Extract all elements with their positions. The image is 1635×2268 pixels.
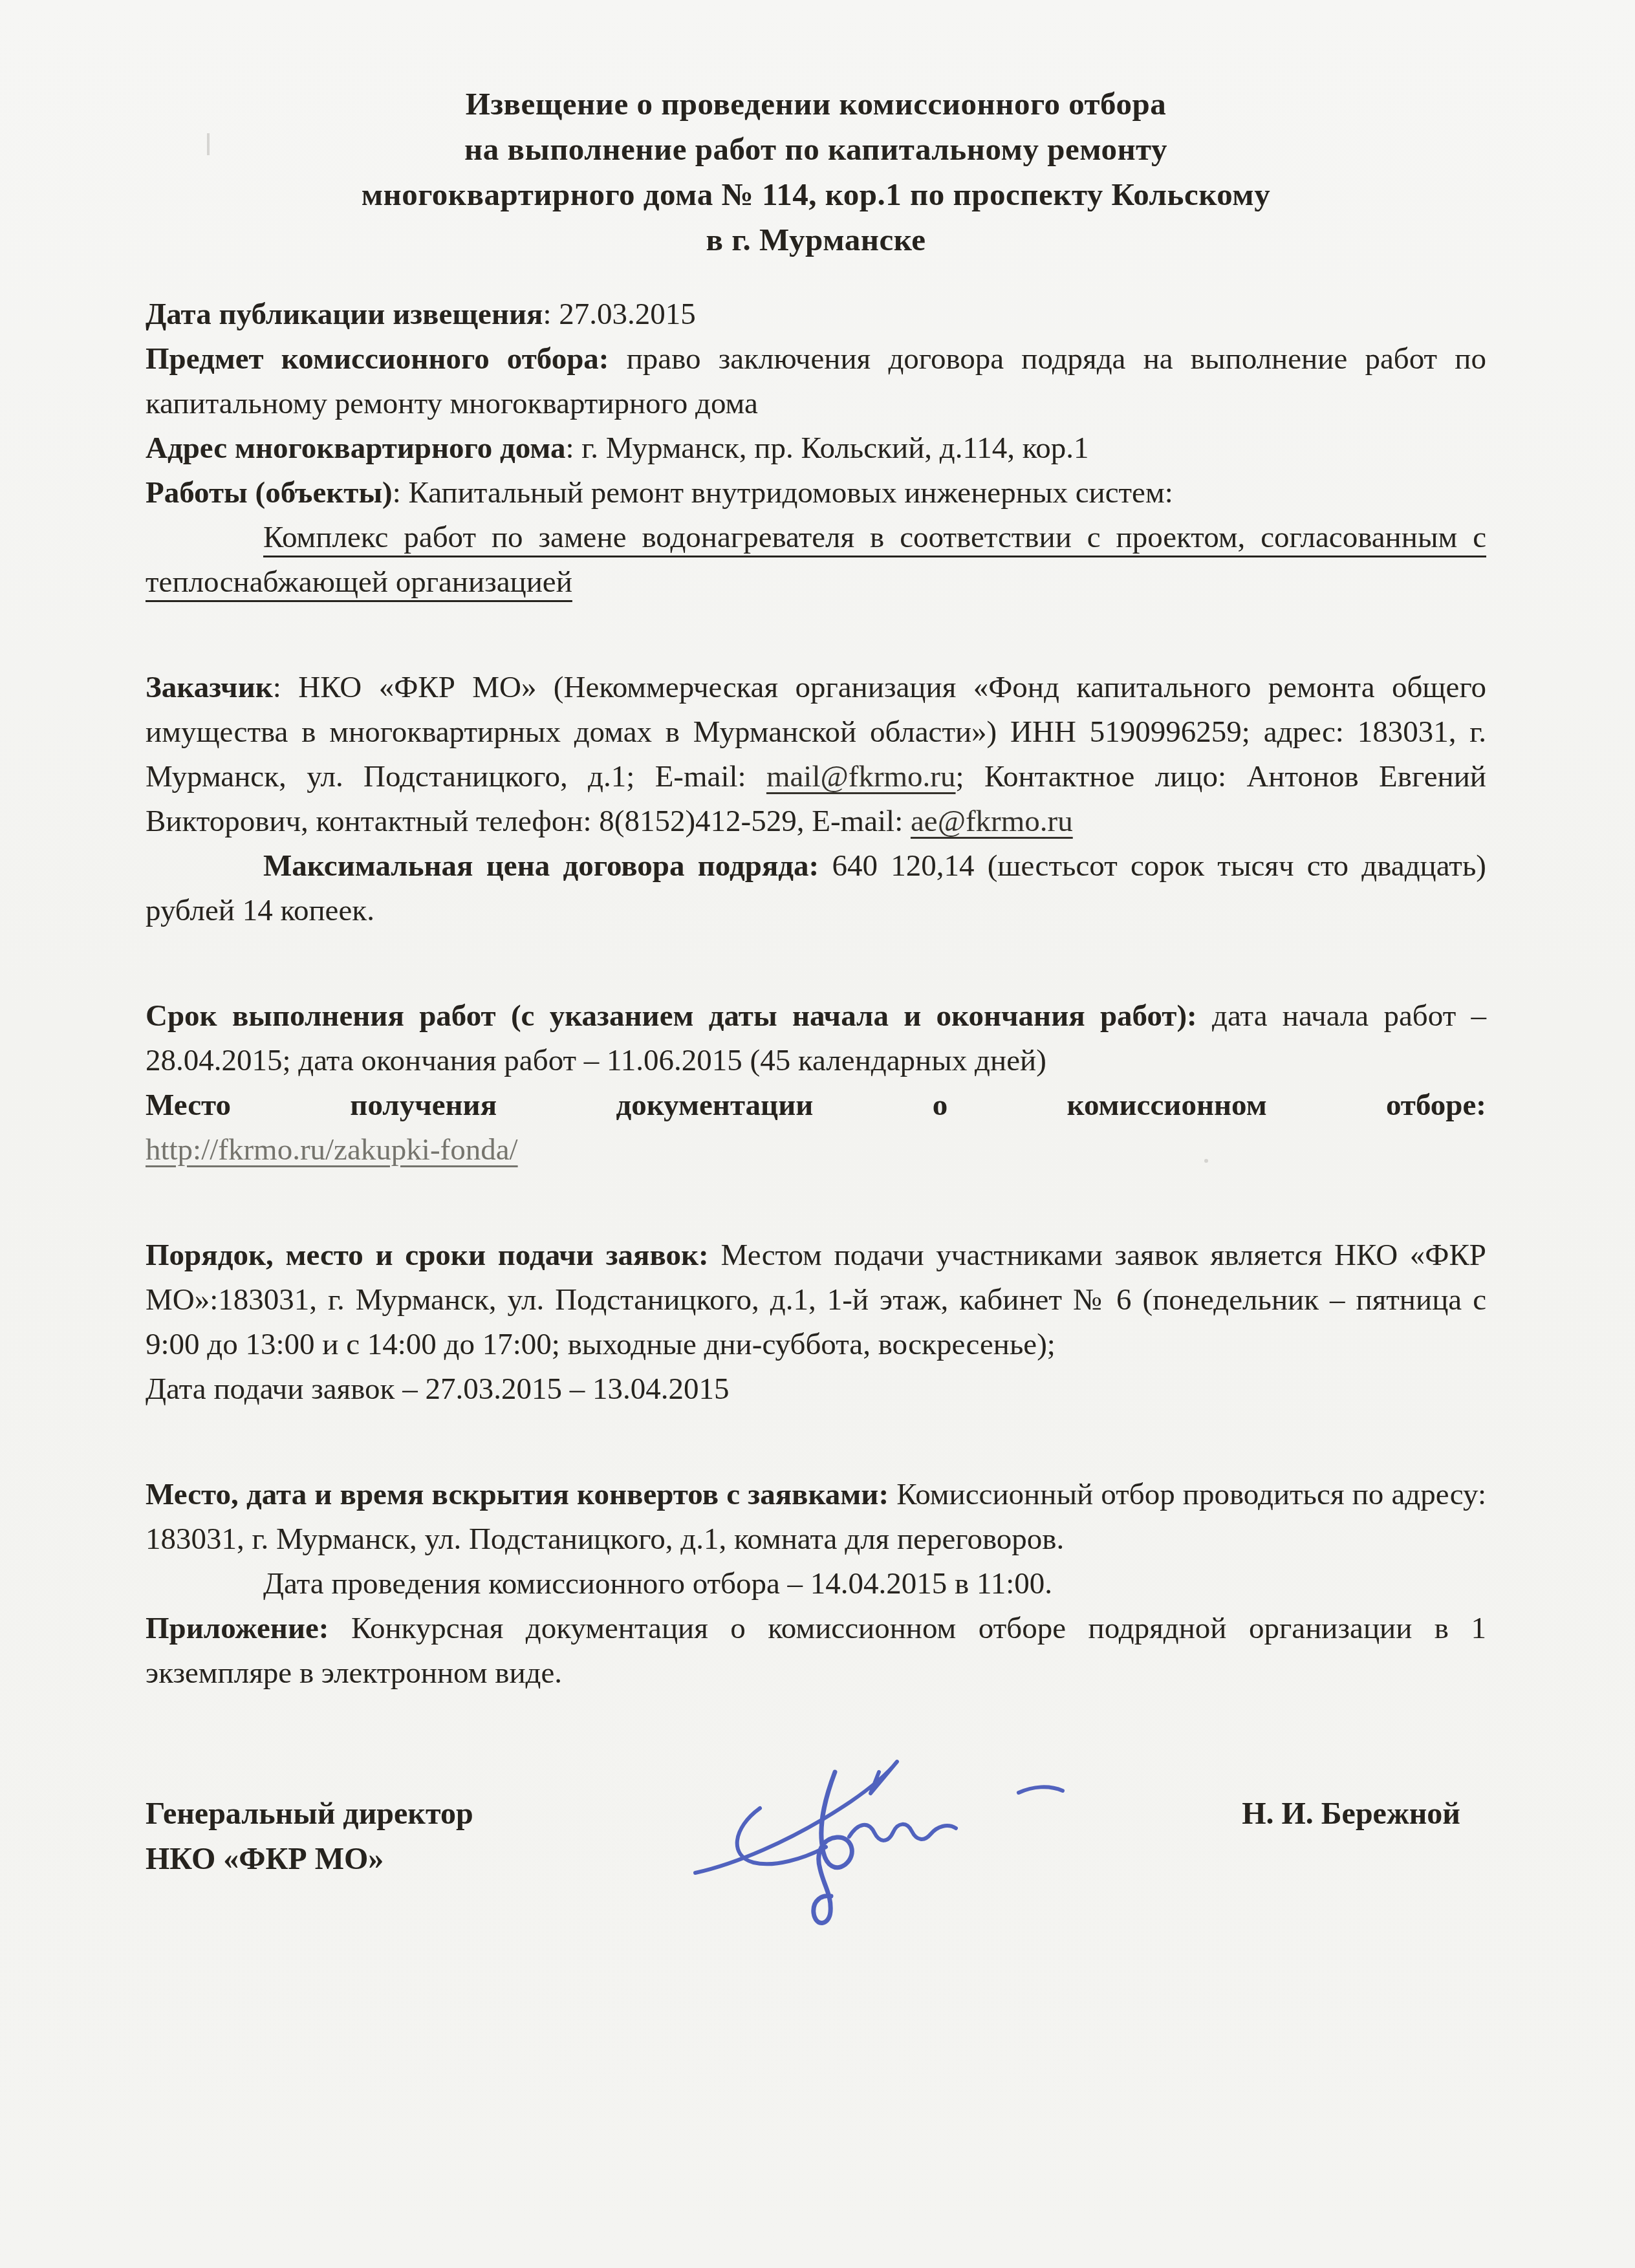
price-label: Максимальная цена договора подряда: [263,849,819,883]
scanned-document-page: Извещение о проведении комиссионного отб… [0,0,1635,2268]
paragraph-submission-dates: Дата подачи заявок – 27.03.2015 – 13.04.… [146,1367,1486,1412]
document-title: Извещение о проведении комиссионного отб… [146,81,1486,263]
signatory-position-line-2: НКО «ФКР МО» [146,1837,473,1882]
customer-email-link-1[interactable]: mail@fkrmo.ru [766,760,956,794]
paragraph-customer: Заказчик: НКО «ФКР МО» (Некоммерческая о… [146,665,1486,844]
paragraph-term: Срок выполнения работ (с указанием даты … [146,994,1486,1083]
title-line-3: многоквартирного дома № 114, кор.1 по пр… [146,172,1486,217]
section-gap [146,605,1486,665]
publication-date-value: : 27.03.2015 [543,297,695,331]
signatory-name: Н. И. Бережной [1242,1791,1460,1837]
opening-label: Место, дата и время вскрытия конвертов с… [146,1478,889,1511]
paragraph-works: Работы (объекты): Капитальный ремонт вну… [146,471,1486,515]
paragraph-opening-date: Дата проведения комиссионного отбора – 1… [146,1562,1486,1606]
scan-artifact [1204,1159,1208,1163]
attachment-text: Конкурсная документация о комиссионном о… [146,1612,1486,1690]
customer-email-link-2[interactable]: ae@fkrmo.ru [911,805,1073,838]
paragraph-works-detail: Комплекс работ по замене водонагревателя… [146,515,1486,605]
attachment-label: Приложение: [146,1612,329,1645]
scan-artifact [207,133,210,155]
docs-url-link[interactable]: http://fkrmo.ru/zakupki-fonda/ [146,1133,518,1167]
opening-date-text: Дата проведения комиссионного отбора – 1… [263,1567,1052,1601]
section-gap [146,1412,1486,1473]
paragraph-price: Максимальная цена договора подряда: 640 … [146,844,1486,933]
works-detail-text: Комплекс работ по замене водонагревателя… [146,521,1486,599]
paragraph-address: Адрес многоквартирного дома: г. Мурманск… [146,426,1486,471]
paragraph-opening: Место, дата и время вскрытия конвертов с… [146,1473,1486,1562]
paragraph-docs-place: Место получения документации о комиссион… [146,1083,1486,1128]
title-line-1: Извещение о проведении комиссионного отб… [146,81,1486,127]
paragraph-order: Порядок, место и сроки подачи заявок: Ме… [146,1233,1486,1367]
title-line-4: в г. Мурманске [146,217,1486,263]
works-text: : Капитальный ремонт внутридомовых инжен… [393,476,1173,510]
publication-date-label: Дата публикации извещения [146,297,543,331]
paragraph-subject: Предмет комиссионного отбора: право закл… [146,337,1486,426]
docs-place-label: Место получения документации о комиссион… [146,1088,1486,1122]
address-text: : г. Мурманск, пр. Кольский, д.114, кор.… [566,431,1089,465]
signatory-position-line-1: Генеральный директор [146,1791,473,1837]
subject-label: Предмет комиссионного отбора: [146,342,609,376]
title-line-2: на выполнение работ по капитальному ремо… [146,127,1486,172]
address-label: Адрес многоквартирного дома [146,431,566,465]
customer-label: Заказчик [146,671,273,704]
order-label: Порядок, место и сроки подачи заявок: [146,1238,709,1272]
paragraph-publication-date: Дата публикации извещения: 27.03.2015 [146,292,1486,337]
section-gap [146,933,1486,994]
signature-block: Генеральный директор НКО «ФКР МО» Н. И. … [146,1791,1486,1882]
works-label: Работы (объекты) [146,476,393,510]
paragraph-attachment: Приложение: Конкурсная документация о ко… [146,1606,1486,1696]
section-gap [146,1172,1486,1233]
paragraph-docs-url: http://fkrmo.ru/zakupki-fonda/ [146,1128,1486,1172]
term-label: Срок выполнения работ (с указанием даты … [146,999,1197,1033]
signatory-position: Генеральный директор НКО «ФКР МО» [146,1791,473,1882]
handwritten-signature [656,1732,1109,1945]
submission-dates-text: Дата подачи заявок – 27.03.2015 – 13.04.… [146,1372,729,1406]
